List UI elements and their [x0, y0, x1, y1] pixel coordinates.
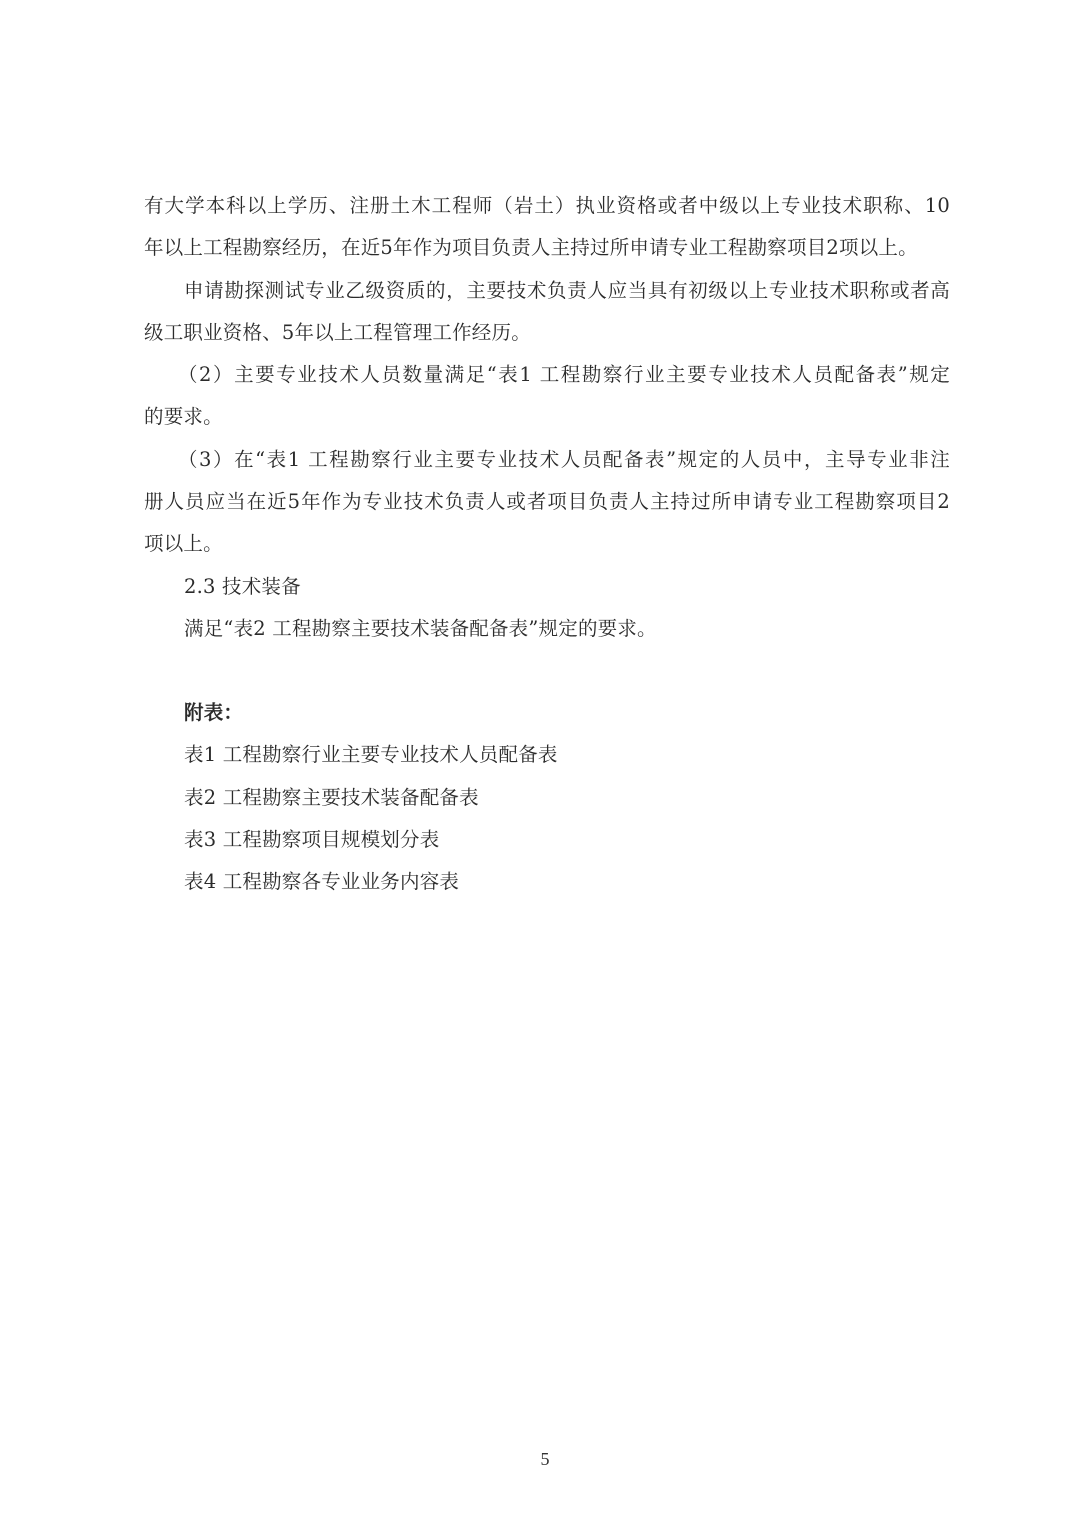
section-body: 满足“表2 工程勘察主要技术装备配备表”规定的要求。: [184, 615, 657, 643]
paragraph-line: （2）主要专业技术人员数量满足“表1 工程勘察行业主要专业技术人员配备表”规定: [178, 361, 950, 389]
appendix-item: 表1 工程勘察行业主要专业技术人员配备表: [184, 741, 558, 769]
appendix-title: 附表：: [184, 699, 243, 727]
paragraph-line: 的要求。: [144, 403, 223, 431]
section-heading: 2.3 技术装备: [184, 573, 301, 601]
paragraph-line: 册人员应当在近5年作为专业技术负责人或者项目负责人主持过所申请专业工程勘察项目2: [144, 488, 950, 516]
paragraph-line: 有大学本科以上学历、注册土木工程师（岩土）执业资格或者中级以上专业技术职称、10: [144, 192, 950, 220]
paragraph-line: （3）在“表1 工程勘察行业主要专业技术人员配备表”规定的人员中，主导专业非注: [178, 446, 950, 474]
paragraph-line: 级工职业资格、5年以上工程管理工作经历。: [144, 319, 531, 347]
appendix-item: 表2 工程勘察主要技术装备配备表: [184, 784, 479, 812]
paragraph-line: 项以上。: [144, 530, 223, 558]
document-page: 有大学本科以上学历、注册土木工程师（岩土）执业资格或者中级以上专业技术职称、10…: [0, 0, 1080, 1527]
paragraph-line: 申请勘探测试专业乙级资质的，主要技术负责人应当具有初级以上专业技术职称或者高: [184, 277, 950, 305]
page-number: 5: [0, 1447, 1080, 1471]
appendix-item: 表3 工程勘察项目规模划分表: [184, 826, 439, 854]
paragraph-line: 年以上工程勘察经历，在近5年作为项目负责人主持过所申请专业工程勘察项目2项以上。: [144, 234, 918, 262]
appendix-item: 表4 工程勘察各专业业务内容表: [184, 868, 459, 896]
